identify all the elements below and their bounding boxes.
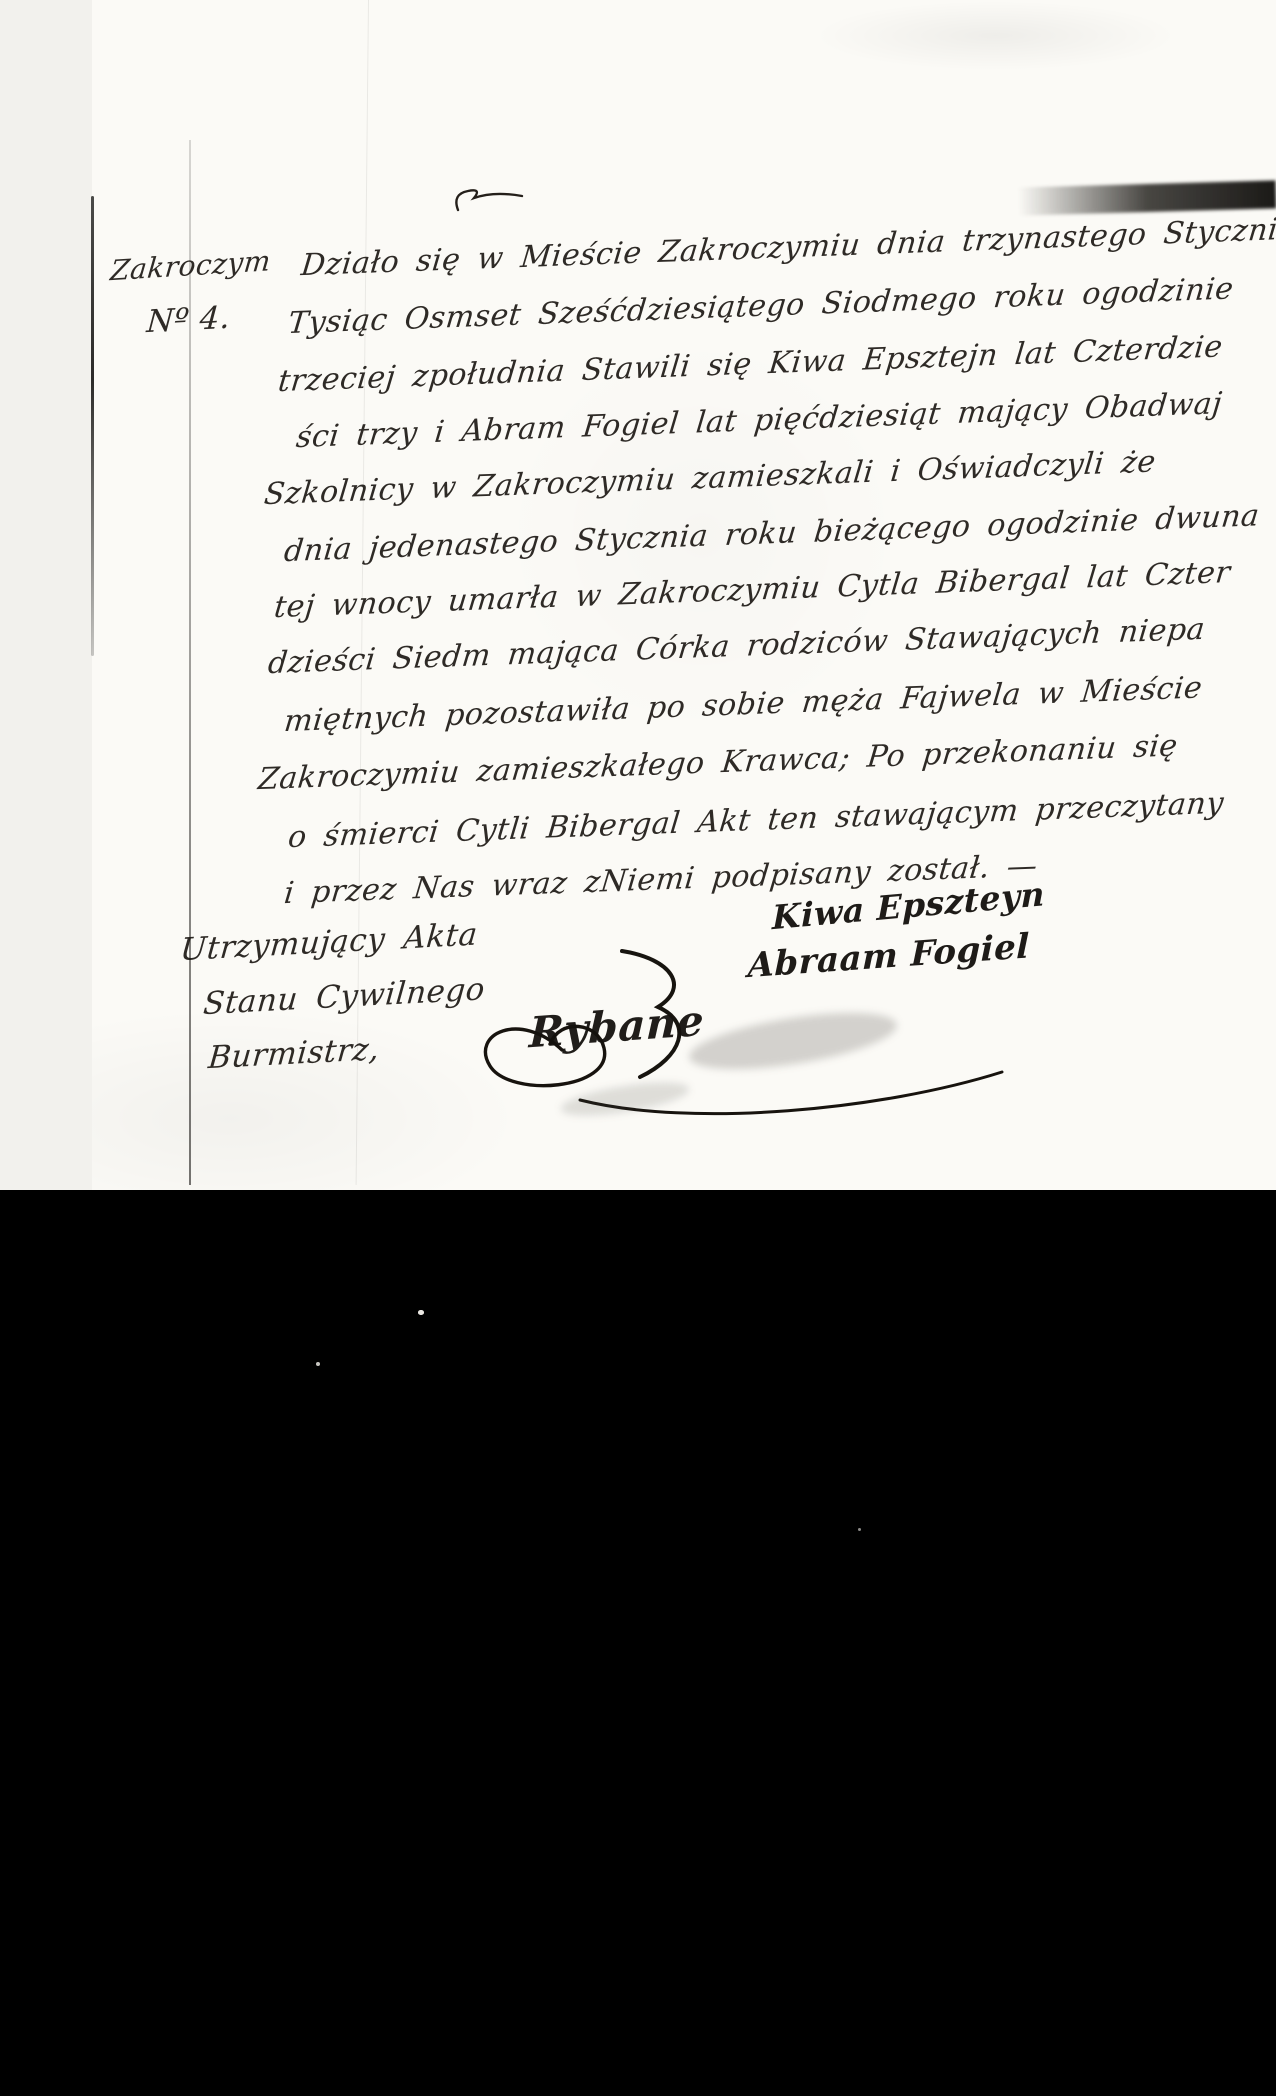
record-text-line: o śmierci Cytli Bibergal Akt ten stawają… <box>286 786 1225 855</box>
record-text-line: tej wnocy umarła w Zakroczymiu Cytla Bib… <box>272 555 1232 625</box>
paper-sheet: Zakroczym Nº 4. Działo się w Mieście Zak… <box>0 0 1276 1190</box>
fold-line <box>189 140 191 1185</box>
record-text-line: Działo się w Mieście Zakroczymiu dnia tr… <box>299 212 1276 284</box>
scan-smudge <box>1018 180 1276 215</box>
record-text-line: miętnych pozostawiła po sobie męża Fajwe… <box>282 670 1204 739</box>
closing-line: Stanu Cywilnego <box>202 971 487 1022</box>
record-text-line: dzieści Siedm mająca Córka rodziców Staw… <box>266 612 1206 682</box>
closing-line: Utrzymujący Akta <box>179 916 479 968</box>
record-number: Nº 4. <box>145 300 231 341</box>
record-text-line: Szkolnicy w Zakroczymiu zamieszkali i Oś… <box>262 444 1157 512</box>
margin-place-note: Zakroczym <box>109 244 273 287</box>
black-backing <box>0 1190 1276 2096</box>
record-text-line: Tysiąc Osmset Sześćdziesiątego Siodmego … <box>286 271 1235 341</box>
scan-speck <box>418 1310 424 1315</box>
paper-edge-line <box>91 196 94 656</box>
record-text-line: Zakroczymiu zamieszkałego Krawca; Po prz… <box>256 728 1179 797</box>
record-text-line: ści trzy i Abram Fogiel lat pięćdziesiąt… <box>294 386 1223 455</box>
scan-speck <box>858 1528 861 1531</box>
closing-line: Burmistrz, <box>207 1031 381 1076</box>
scan-backing-strip <box>0 0 92 1190</box>
pen-flourish <box>450 186 528 218</box>
scan-speck <box>316 1362 320 1366</box>
record-text-line: trzeciej zpołudnia Stawili się Kiwa Epsz… <box>276 329 1224 399</box>
